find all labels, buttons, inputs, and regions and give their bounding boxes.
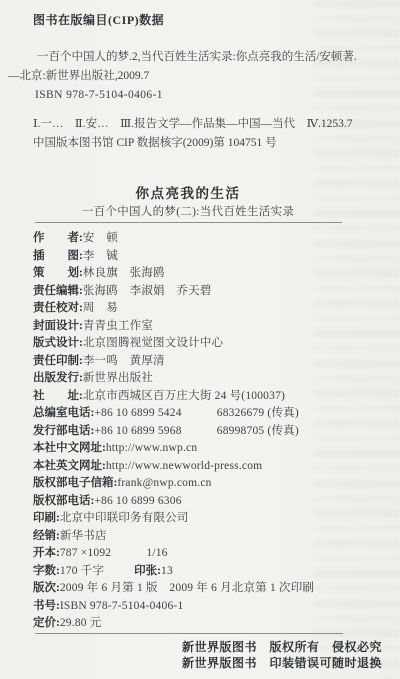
field-label: 责任编辑: [33,285,83,297]
cip-classification-block: Ⅰ.一… Ⅱ.安… Ⅲ.报告文学—作品集—中国—当代 Ⅳ.1253.7 中国版本… [33,115,353,153]
colophon-row-rights-email: 版权部电子信箱:frank@nwp.com.cn [33,475,314,493]
field-label: 经销: [33,530,60,542]
field-value-sheets: 13 [161,565,173,577]
field-value: 170 千字 [60,565,104,577]
field-label: 版权部电子信箱: [33,477,117,489]
field-label: 本社英文网址: [33,460,106,472]
field-label: 印刷: [33,512,60,524]
field-label: 策 划: [33,267,83,279]
field-label: 版式设计: [33,337,83,349]
field-value: +86 10 6899 5424 68326679 (传真) [94,407,299,419]
field-label: 总编室电话: [33,407,94,419]
cip-description-block: 一百个中国人的梦.2,当代百姓生活实录:你点亮我的生活/安顿著. —北京:新世界… [33,48,357,105]
colophon-list: 作 者:安 顿 插 图:李 铖 策 划:林良旗 张海鸥 责任编辑:张海鸥 李淑娟… [33,230,314,633]
colophon-row-format: 开本:787 ×1092 1/16 [33,545,314,563]
colophon-row-author: 作 者:安 顿 [33,230,314,248]
copyright-notice: 新世界版图书 版权所有 侵权必究 新世界版图书 印装错误可随时退换 [182,640,382,671]
field-value: +86 10 6899 5968 68998705 (传真) [94,425,299,437]
colophon-row-isbn: 书号:ISBN 978-7-5104-0406-1 [33,598,314,616]
field-label: 出版发行: [33,372,83,384]
field-label: 本社中文网址: [33,442,106,454]
field-label: 开本: [33,547,60,559]
colophon-row-editorial-phone: 总编室电话:+86 10 6899 5424 68326679 (传真) [33,405,314,423]
colophon-row-publisher: 出版发行:新世界出版社 [33,370,314,388]
field-value: http://www.newworld-press.com [106,460,262,472]
book-copyright-page: 图书在版编目(CIP)数据 一百个中国人的梦.2,当代百姓生活实录:你点亮我的生… [0,0,400,679]
colophon-row-proofreader: 责任校对:周 易 [33,300,314,318]
field-label: 责任校对: [33,302,83,314]
field-value: 安 顿 [83,232,118,244]
field-value: 李一鸣 黄厚清 [83,355,165,367]
field-value: 林良旗 张海鸥 [83,267,165,279]
field-label: 作 者: [33,232,83,244]
field-value: frank@nwp.com.cn [117,477,211,489]
field-value: http://www.nwp.cn [106,442,197,454]
colophon-row-illustrator: 插 图:李 铖 [33,248,314,266]
field-value: +86 10 6899 6306 [94,495,181,507]
colophon-row-price: 定价:29.80 元 [33,615,314,633]
colophon-row-planner: 策 划:林良旗 张海鸥 [33,265,314,283]
field-label-sheets: 印张: [134,565,161,577]
cip-header: 图书在版编目(CIP)数据 [33,11,164,28]
field-label: 责任印制: [33,355,83,367]
colophon-row-layout-design: 版式设计:北京图腾视觉图文设计中心 [33,335,314,353]
field-label: 书号: [33,600,60,612]
colophon-row-address: 社 址:北京市西城区百万庄大街 24 号(100037) [33,388,314,406]
field-label: 发行部电话: [33,425,94,437]
field-value: 张海鸥 李淑娟 乔天碧 [83,285,212,297]
colophon-row-printer: 印刷:北京中印联印务有限公司 [33,510,314,528]
field-label: 插 图: [33,250,83,262]
cip-isbn-line: ISBN 978-7-5104-0406-1 [35,86,357,105]
field-label: 版权部电话: [33,495,94,507]
colophon-row-print-supervisor: 责任印制:李一鸣 黄厚清 [33,353,314,371]
field-value: 新华书店 [60,530,107,542]
colophon-row-edition: 版次:2009 年 6 月第 1 版 2009 年 6 月北京第 1 次印刷 [33,580,314,598]
colophon-row-chinese-website: 本社中文网址:http://www.nwp.cn [33,440,314,458]
field-value: 北京市西城区百万庄大街 24 号(100037) [83,390,285,402]
divider-top [35,222,342,223]
colophon-row-distribution-phone: 发行部电话:+86 10 6899 5968 68998705 (传真) [33,423,314,441]
colophon-row-rights-phone: 版权部电话:+86 10 6899 6306 [33,493,314,511]
field-label: 社 址: [33,390,83,402]
colophon-row-cover-design: 封面设计:青青虫工作室 [33,318,314,336]
cip-record-number-line: 中国版本图书馆 CIP 数据核字(2009)第 104751 号 [33,134,353,153]
field-value: 北京中印联印务有限公司 [60,512,189,524]
colophon-row-word-count: 字数:170 千字印张:13 [33,563,314,581]
field-value: 2009 年 6 月第 1 版 2009 年 6 月北京第 1 次印刷 [60,582,314,594]
field-value: 新世界出版社 [83,372,153,384]
field-label: 版次: [33,582,60,594]
field-value: 29.80 元 [60,617,102,629]
field-value: 青青虫工作室 [83,320,153,332]
cip-publisher-line: —北京:新世界出版社,2009.7 [8,67,357,86]
field-value: 787 ×1092 1/16 [60,547,168,559]
field-label: 定价: [33,617,60,629]
field-label: 封面设计: [33,320,83,332]
book-title: 你点亮我的生活 [33,182,343,202]
colophon-row-editor: 责任编辑:张海鸥 李淑娟 乔天碧 [33,283,314,301]
field-value: 李 铖 [83,250,118,262]
field-value: 周 易 [83,302,118,314]
divider-bottom [35,633,343,634]
copyright-notice-line1: 新世界版图书 版权所有 侵权必究 [182,640,382,656]
book-subtitle: 一百个中国人的梦(二):当代百姓生活实录 [33,203,343,219]
copyright-notice-line2: 新世界版图书 印装错误可随时退换 [182,656,382,672]
colophon-row-english-website: 本社英文网址:http://www.newworld-press.com [33,458,314,476]
field-label: 字数: [33,565,60,577]
colophon-row-distributor: 经销:新华书店 [33,528,314,546]
field-value: 北京图腾视觉图文设计中心 [83,337,223,349]
cip-classification-line: Ⅰ.一… Ⅱ.安… Ⅲ.报告文学—作品集—中国—当代 Ⅳ.1253.7 [33,115,353,134]
cip-title-line: 一百个中国人的梦.2,当代百姓生活实录:你点亮我的生活/安顿著. [37,48,357,67]
field-value: ISBN 978-7-5104-0406-1 [60,600,184,612]
